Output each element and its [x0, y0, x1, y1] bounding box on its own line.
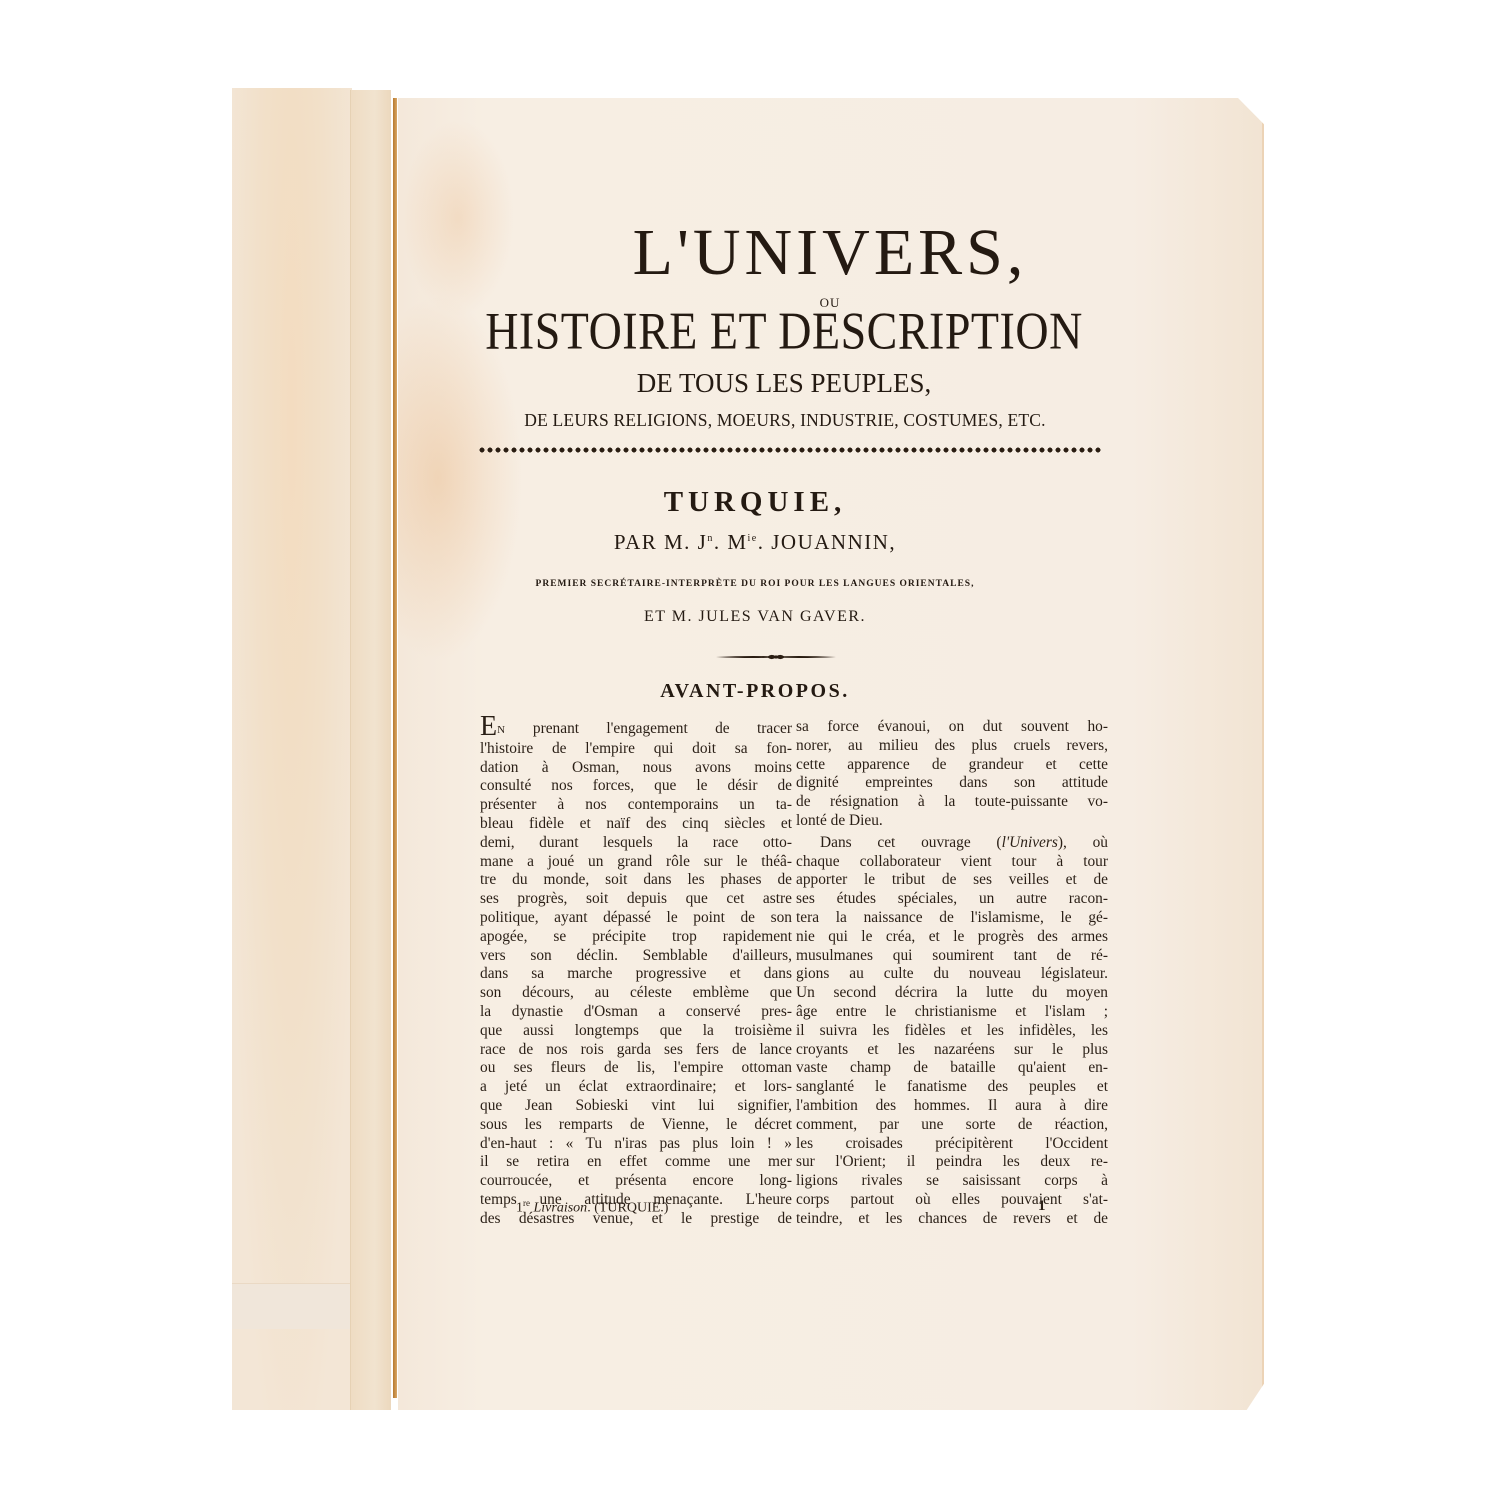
text-line: âge entre le christianisme et l'islam ; [796, 1003, 1108, 1022]
text-line: ligions rivales se saisissant corps à [796, 1172, 1108, 1191]
text-line: il se retira en effet comme une mer [480, 1153, 792, 1172]
drop-capital: E [480, 711, 497, 742]
italic-title: l'Univers [1002, 834, 1058, 851]
subtitle-histoire: HISTOIRE ET DESCRIPTION [466, 305, 1102, 358]
text-line: la dynastie d'Osman a conservé pres- [480, 1003, 792, 1022]
text-line: apogée, se précipite trop rapidement [480, 928, 792, 947]
text-line: présenter à nos contemporains un ta- [480, 796, 792, 815]
text-line: lonté de Dieu. [796, 812, 1108, 831]
text-line: d'en-haut : « Tu n'iras pas plus loin ! … [480, 1135, 792, 1154]
text-line: cette apparence de grandeur et cette [796, 756, 1108, 775]
text-line: a jeté un éclat extraordinaire; et lors- [480, 1078, 792, 1097]
text-line: dans sa marche progressive et dans [480, 965, 792, 984]
text-line: teindre, et les chances de revers et de [796, 1210, 1108, 1229]
text-line: race de nos rois garda ses fers de lance [480, 1041, 792, 1060]
text-line: croyants et les nazaréens sur le plus [796, 1041, 1108, 1060]
text-line: sa force évanoui, on dut souvent ho- [796, 718, 1108, 737]
text-segment: ), où [1058, 834, 1108, 851]
left-cover-leaf [232, 88, 352, 1410]
text-line: vaste champ de bataille qu'aient en- [796, 1059, 1108, 1078]
signature-tail: . (TURQUIE.) [587, 1201, 668, 1216]
signature-superscript: re [523, 1198, 530, 1208]
text-line: chaque collaborateur vient tour à tour [796, 853, 1108, 872]
text-line: apporter le tribut de ses veilles et de [796, 871, 1108, 890]
main-title: L'UNIVERS, [398, 220, 1262, 286]
title-page: L'UNIVERS, OU HISTOIRE ET DESCRIPTION DE… [398, 98, 1264, 1410]
text-line: tera la naissance de l'islamisme, le gé- [796, 909, 1108, 928]
text-line: les croisades précipitèrent l'Occident [796, 1135, 1108, 1154]
dotted-rule-divider [478, 447, 1103, 453]
text-line: que aussi longtemps que la troisième [480, 1022, 792, 1041]
text-line: ses progrès, soit depuis que cet astre [480, 890, 792, 909]
page-number: 1 [1038, 1198, 1046, 1215]
text-line: vers son déclin. Semblable d'ailleurs, [480, 947, 792, 966]
text-column-left: EN prenant l'engagement de tracer l'hist… [480, 718, 792, 1229]
text-line: politique, ayant dépassé le point de son [480, 909, 792, 928]
author-line: PAR M. Jn. Mie. JOUANNIN, [398, 530, 1112, 555]
binding-fold-strip [350, 90, 391, 1410]
text-line: gions au culte du nouveau législateur. [796, 965, 1108, 984]
text-line: que Jean Sobieski vint lui signifier, [480, 1097, 792, 1116]
text-line: demi, durant lesquels la race otto- [480, 834, 792, 853]
text-line: consulté nos forces, que le désir de [480, 777, 792, 796]
coauthor-line: ET M. JULES VAN GAVER. [398, 608, 1112, 626]
signature-number: 1 [516, 1201, 523, 1216]
text-segment: prenant l'engagement de tracer [506, 720, 792, 737]
text-line: sous les remparts de Vienne, le décret [480, 1116, 792, 1135]
text-line: EN prenant l'engagement de tracer [480, 718, 792, 740]
text-line: de résignation à la toute-puissante vo- [796, 793, 1108, 812]
author-role: PREMIER SECRÉTAIRE-INTERPRÈTE DU ROI POU… [398, 579, 1112, 589]
text-line: Dans cet ouvrage (l'Univers), où [796, 834, 1108, 853]
subtitle-religions: DE LEURS RELIGIONS, MOEURS, INDUSTRIE, C… [470, 410, 1100, 431]
text-line: comment, par une sorte de réaction, [796, 1116, 1108, 1135]
author-superscript: ie [748, 533, 758, 544]
text-line: sur l'Orient; il peindra les deux re- [796, 1153, 1108, 1172]
drop-capital-rest: N [497, 724, 505, 736]
book-spine [393, 98, 397, 1398]
section-heading: AVANT-PROPOS. [398, 680, 1112, 703]
text-line: ses études spéciales, un autre racon- [796, 890, 1108, 909]
text-line: dation à Osman, nous avons moins [480, 759, 792, 778]
author-mid: . M [714, 530, 748, 554]
text-segment: Dans cet ouvrage ( [820, 834, 1002, 851]
text-line: corps partout où elles pouvaient s'at- [796, 1191, 1108, 1210]
text-line: ou ses fleurs de lis, l'empire ottoman [480, 1059, 792, 1078]
signature-mark: 1re Livraison. (TURQUIE.) [516, 1198, 668, 1217]
text-line: mane a joué un grand rôle sur le théâ- [480, 853, 792, 872]
text-line: dignité empreintes dans son attitude [796, 774, 1108, 793]
text-line: bleau fidèle et naïf des cinq siècles et [480, 815, 792, 834]
signature-word: Livraison [534, 1201, 588, 1216]
text-line: nie qui le créa, et le progrès des armes [796, 928, 1108, 947]
text-line: courroucée, et présenta encore long- [480, 1172, 792, 1191]
text-line: l'histoire de l'empire qui doit sa fon- [480, 740, 792, 759]
author-surname: . JOUANNIN, [758, 530, 896, 554]
ornament-divider-icon [716, 652, 836, 662]
text-line: norer, au milieu des plus cruels revers, [796, 737, 1108, 756]
text-line: son décours, au céleste emblème que [480, 984, 792, 1003]
text-line: Un second décrira la lutte du moyen [796, 984, 1108, 1003]
text-line: tre du monde, soit dans les phases de [480, 871, 792, 890]
section-title: TURQUIE, [398, 486, 1112, 519]
text-line: l'ambition des hommes. Il aura à dire [796, 1097, 1108, 1116]
text-line: musulmanes qui soumirent tant de ré- [796, 947, 1108, 966]
text-line: sanglanté le fanatisme des peuples et [796, 1078, 1108, 1097]
text-line: il suivra les fidèles et les infidèles, … [796, 1022, 1108, 1041]
text-column-right: sa force évanoui, on dut souvent ho- nor… [796, 718, 1108, 1229]
author-prefix: PAR M. J [614, 530, 708, 554]
subtitle-peuples: DE TOUS LES PEUPLES, [466, 370, 1102, 397]
